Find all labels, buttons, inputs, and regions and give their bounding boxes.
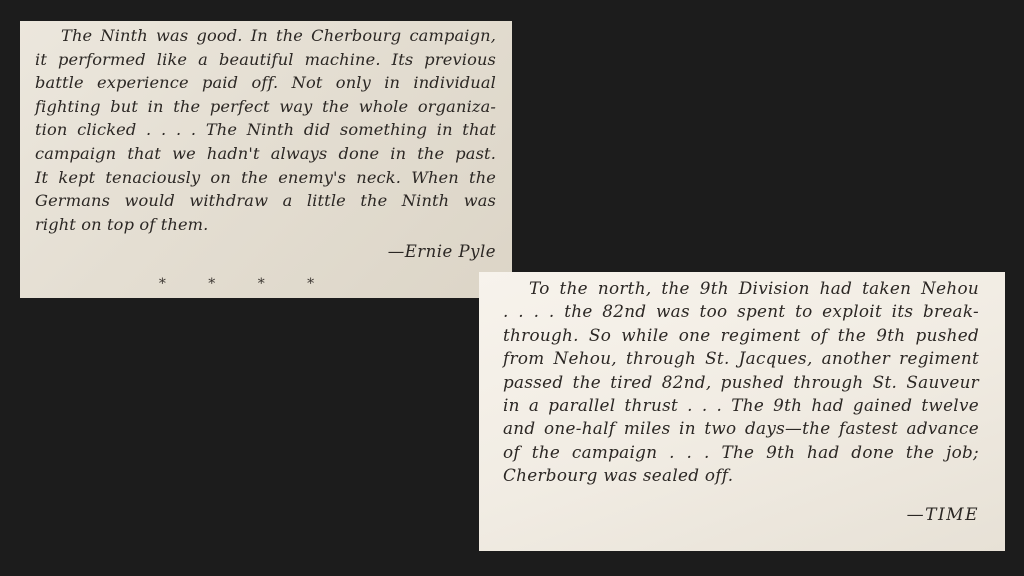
quote-line: passed the tired 82nd, pushed through St… [503, 371, 979, 394]
quote-line: fighting but in the perfect way the whol… [35, 95, 496, 119]
quote-line: battle experience paid off. Not only in … [35, 71, 496, 95]
quote-line: through. So while one regiment of the 9t… [503, 324, 979, 347]
clipping-time: To the north, the 9th Division had taken… [479, 272, 1005, 551]
quote-line: from Nehou, through St. Jacques, another… [503, 347, 979, 370]
clipping-ernie-pyle: The Ninth was good. In the Cherbourg cam… [20, 21, 512, 298]
quote-line: It kept tenaciously on the enemy's neck.… [35, 166, 496, 190]
quote-line: campaign that we hadn't always done in t… [35, 142, 496, 166]
quote-line: To the north, the 9th Division had taken… [503, 277, 979, 300]
section-separator-asterisks: * * * * [20, 276, 512, 292]
attribution-ernie-pyle: —Ernie Pyle [35, 242, 496, 261]
quote-line: and one-half miles in two days—the faste… [503, 417, 979, 440]
quote-paragraph: To the north, the 9th Division had taken… [503, 277, 979, 488]
quote-line: Germans would withdraw a little the Nint… [35, 189, 496, 213]
quote-paragraph: The Ninth was good. In the Cherbourg cam… [35, 24, 496, 236]
quote-line: of the campaign . . . The 9th had done t… [503, 441, 979, 464]
quote-line: The Ninth was good. In the Cherbourg cam… [35, 24, 496, 48]
page-background: The Ninth was good. In the Cherbourg cam… [0, 0, 1024, 576]
quote-line: it performed like a beautiful machine. I… [35, 48, 496, 72]
attribution-time: —TIME [503, 505, 979, 525]
quote-line: tion clicked . . . . The Ninth did somet… [35, 118, 496, 142]
quote-line: in a parallel thrust . . . The 9th had g… [503, 394, 979, 417]
quote-line: Cherbourg was sealed off. [503, 464, 979, 487]
quote-line: . . . . the 82nd was too spent to exploi… [503, 300, 979, 323]
quote-line: right on top of them. [35, 213, 496, 237]
